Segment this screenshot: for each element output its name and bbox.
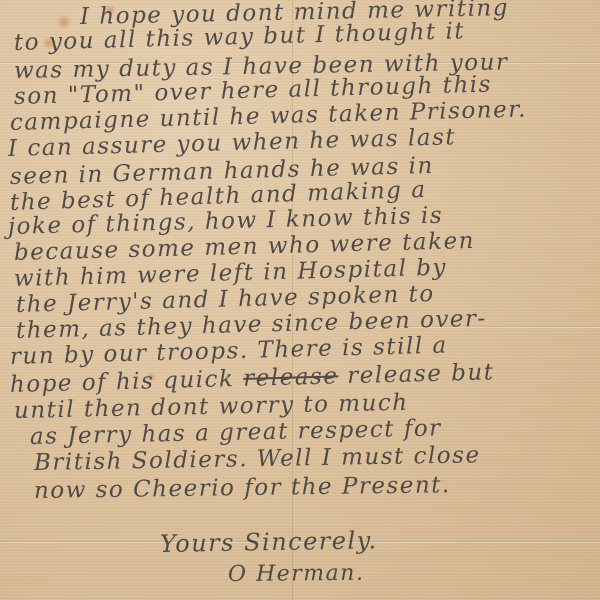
letter-signature: O Herman.	[228, 561, 365, 587]
struck-out-word: release	[243, 363, 339, 391]
letter-page: I hope you dont mind me writing to you a…	[0, 0, 600, 600]
letter-closing: Yours Sincerely.	[160, 526, 378, 558]
letter-text: release but	[347, 359, 495, 389]
letter-line: now so Cheerio for the Present.	[34, 472, 451, 504]
